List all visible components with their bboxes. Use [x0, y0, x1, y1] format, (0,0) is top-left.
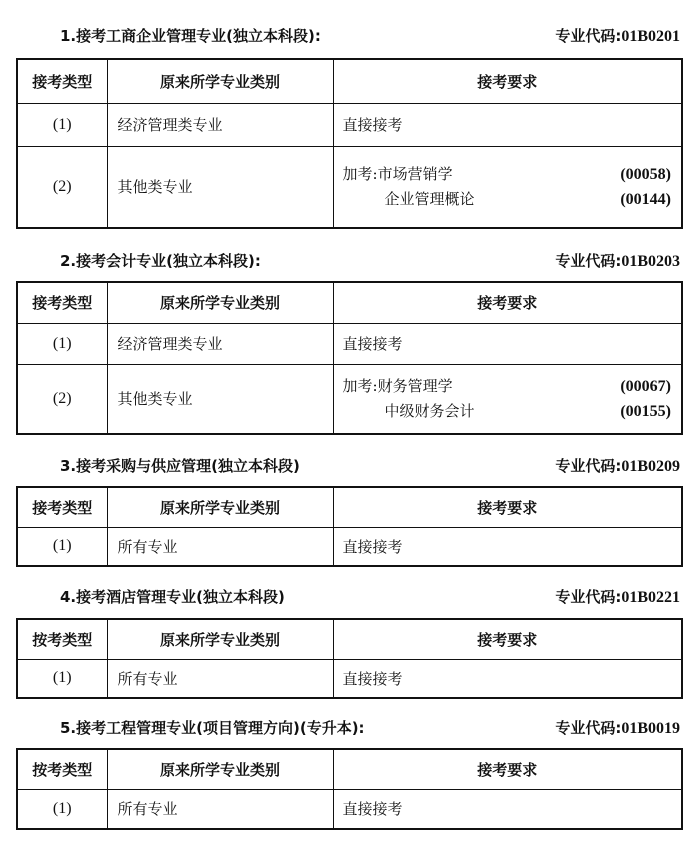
admission-table: 接考类型 原来所学专业类别 接考要求 (1) 经济管理类专业 直接接考 (2) … [16, 281, 683, 435]
admission-table: 按考类型 原来所学专业类别 接考要求 (1) 所有专业 直接接考 [16, 618, 683, 699]
header-requirement: 接考要求 [333, 749, 682, 789]
category-cell: 其他类专业 [107, 146, 333, 228]
major-code: 专业代码:01B0209 [555, 454, 680, 479]
header-requirement: 接考要求 [333, 619, 682, 659]
header-category: 原来所学专业类别 [107, 749, 333, 789]
course-name: 企业管理概论 [385, 187, 475, 212]
header-category: 原来所学专业类别 [107, 487, 333, 527]
header-type: 接考类型 [17, 59, 107, 103]
major-code: 专业代码:01B0203 [555, 249, 680, 274]
course-name: 中级财务会计 [385, 399, 475, 424]
requirement-cell: 直接接考 [333, 527, 682, 566]
section-title: 3.接考采购与供应管理(独立本科段) [60, 454, 300, 478]
table-header-row: 接考类型 原来所学专业类别 接考要求 [17, 59, 682, 103]
table-header-row: 按考类型 原来所学专业类别 接考要求 [17, 749, 682, 789]
requirement-cell: 直接接考 [333, 103, 682, 146]
course-code: (00144) [620, 187, 671, 212]
major-code: 专业代码:01B0019 [555, 716, 680, 741]
header-requirement: 接考要求 [333, 59, 682, 103]
type-cell: (1) [17, 323, 107, 364]
section-title: 1.接考工商企业管理专业(独立本科段): [60, 24, 321, 48]
header-category: 原来所学专业类别 [107, 59, 333, 103]
category-cell: 经济管理类专业 [107, 103, 333, 146]
requirement-cell: 加考:财务管理学 (00067) 中级财务会计 (00155) [333, 364, 682, 434]
type-cell: (2) [17, 146, 107, 228]
type-cell: (1) [17, 103, 107, 146]
header-type: 按考类型 [17, 619, 107, 659]
header-requirement: 接考要求 [333, 487, 682, 527]
table-row: (1) 经济管理类专业 直接接考 [17, 103, 682, 146]
section-heading: 4.接考酒店管理专业(独立本科段) 专业代码:01B0221 [0, 585, 700, 609]
header-type: 按考类型 [17, 749, 107, 789]
admission-table: 接考类型 原来所学专业类别 接考要求 (1) 所有专业 直接接考 [16, 486, 683, 567]
category-cell: 所有专业 [107, 789, 333, 829]
course-code: (00067) [620, 374, 671, 399]
requirement-cell: 直接接考 [333, 323, 682, 364]
course-code: (00058) [620, 162, 671, 187]
table-row: (1) 所有专业 直接接考 [17, 659, 682, 698]
section-title: 2.接考会计专业(独立本科段): [60, 249, 261, 273]
requirement-cell: 直接接考 [333, 789, 682, 829]
type-cell: (1) [17, 789, 107, 829]
header-type: 接考类型 [17, 487, 107, 527]
major-code: 专业代码:01B0221 [555, 585, 680, 610]
course-code: (00155) [620, 399, 671, 424]
requirement-cell: 加考:市场营销学 (00058) 企业管理概论 (00144) [333, 146, 682, 228]
table-header-row: 按考类型 原来所学专业类别 接考要求 [17, 619, 682, 659]
header-category: 原来所学专业类别 [107, 282, 333, 323]
category-cell: 所有专业 [107, 527, 333, 566]
course-name: 财务管理学 [378, 377, 453, 395]
section-heading: 3.接考采购与供应管理(独立本科段) 专业代码:01B0209 [0, 454, 700, 478]
major-code: 专业代码:01B0201 [555, 24, 680, 49]
extra-course-line: 加考:市场营销学 (00058) [343, 162, 682, 187]
category-cell: 所有专业 [107, 659, 333, 698]
requirement-cell: 直接接考 [333, 659, 682, 698]
type-cell: (1) [17, 527, 107, 566]
course-name: 市场营销学 [378, 165, 453, 183]
extra-course-line: 中级财务会计 (00155) [343, 399, 682, 424]
admission-table: 接考类型 原来所学专业类别 接考要求 (1) 经济管理类专业 直接接考 (2) … [16, 58, 683, 229]
table-row: (2) 其他类专业 加考:市场营销学 (00058) 企业管理概论 (00144… [17, 146, 682, 228]
section-title: 4.接考酒店管理专业(独立本科段) [60, 585, 285, 609]
type-cell: (2) [17, 364, 107, 434]
section-heading: 5.接考工程管理专业(项目管理方向)(专升本): 专业代码:01B0019 [0, 716, 700, 740]
table-header-row: 接考类型 原来所学专业类别 接考要求 [17, 282, 682, 323]
section-heading: 2.接考会计专业(独立本科段): 专业代码:01B0203 [0, 249, 700, 273]
category-cell: 其他类专业 [107, 364, 333, 434]
extra-course-line: 企业管理概论 (00144) [343, 187, 682, 212]
admission-table: 按考类型 原来所学专业类别 接考要求 (1) 所有专业 直接接考 [16, 748, 683, 830]
category-cell: 经济管理类专业 [107, 323, 333, 364]
table-row: (2) 其他类专业 加考:财务管理学 (00067) 中级财务会计 (00155… [17, 364, 682, 434]
extra-course-line: 加考:财务管理学 (00067) [343, 374, 682, 399]
header-category: 原来所学专业类别 [107, 619, 333, 659]
section-heading: 1.接考工商企业管理专业(独立本科段): 专业代码:01B0201 [0, 24, 700, 48]
table-row: (1) 经济管理类专业 直接接考 [17, 323, 682, 364]
table-row: (1) 所有专业 直接接考 [17, 527, 682, 566]
header-type: 接考类型 [17, 282, 107, 323]
header-requirement: 接考要求 [333, 282, 682, 323]
table-header-row: 接考类型 原来所学专业类别 接考要求 [17, 487, 682, 527]
table-row: (1) 所有专业 直接接考 [17, 789, 682, 829]
section-title: 5.接考工程管理专业(项目管理方向)(专升本): [60, 716, 365, 740]
type-cell: (1) [17, 659, 107, 698]
